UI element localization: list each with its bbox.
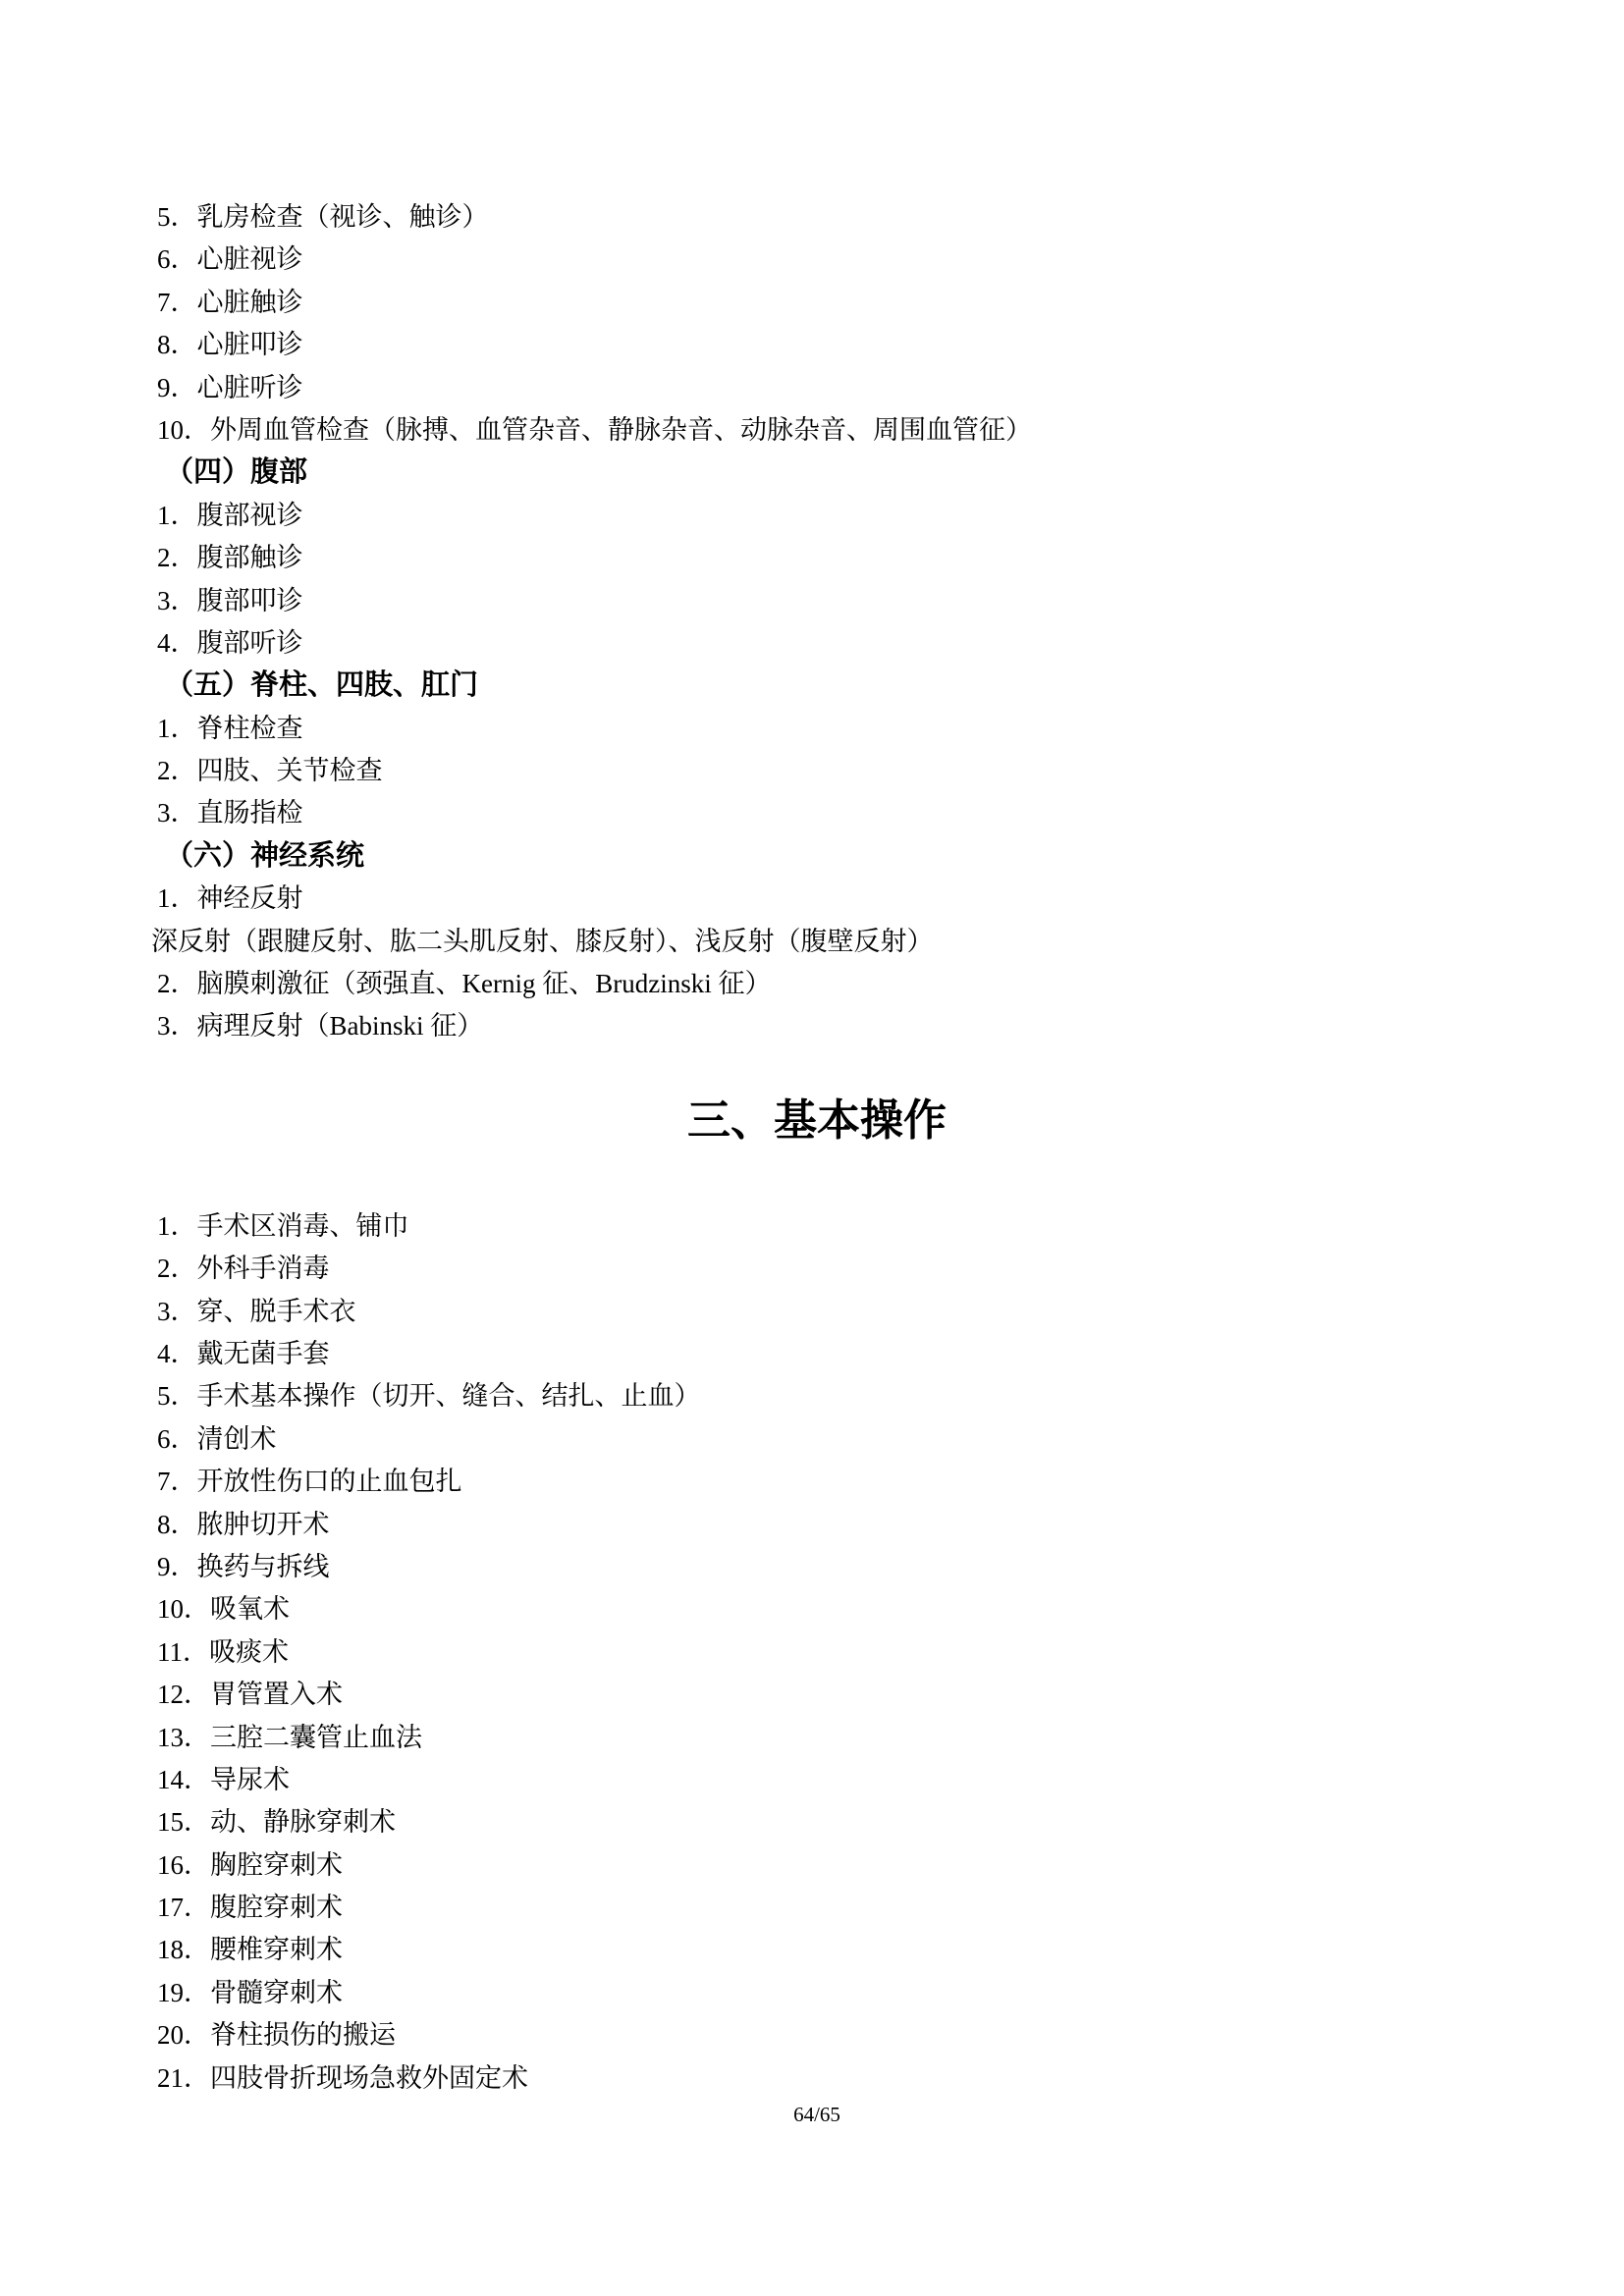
document-page: 5．乳房检查（视诊、触诊） 6．心脏视诊 7．心脏触诊 8．心脏叩诊 9．心脏听… bbox=[0, 0, 1624, 2296]
list-item: 5．乳房检查（视诊、触诊） bbox=[157, 196, 1477, 239]
list-item: 11．吸痰术 bbox=[157, 1631, 1477, 1674]
list-item: 2．脑膜刺激征（颈强直、Kernig 征、Brudzinski 征） bbox=[157, 963, 1477, 1005]
list-item: 4．戴无菌手套 bbox=[157, 1333, 1477, 1375]
section-title: 三、基本操作 bbox=[157, 1090, 1477, 1152]
list-item: 3．穿、脱手术衣 bbox=[157, 1291, 1477, 1333]
list-item: 18．腰椎穿刺术 bbox=[157, 1929, 1477, 1971]
list-item: 6．心脏视诊 bbox=[157, 239, 1477, 281]
list-item: 14．导尿术 bbox=[157, 1759, 1477, 1801]
list-item: 10．外周血管检查（脉搏、血管杂音、静脉杂音、动脉杂音、周围血管征） bbox=[157, 409, 1477, 452]
subsection-heading-spine: （五）脊柱、四肢、肛门 bbox=[157, 665, 1477, 707]
list-item: 8．心脏叩诊 bbox=[157, 324, 1477, 366]
list-item: 2．四肢、关节检查 bbox=[157, 750, 1477, 792]
list-item: 12．胃管置入术 bbox=[157, 1674, 1477, 1716]
list-item: 5．手术基本操作（切开、缝合、结扎、止血） bbox=[157, 1375, 1477, 1417]
list-item: 3．直肠指检 bbox=[157, 792, 1477, 834]
list-item: 20．脊柱损伤的搬运 bbox=[157, 2014, 1477, 2056]
list-item: 3．病理反射（Babinski 征） bbox=[157, 1005, 1477, 1047]
list-item: 16．胸腔穿刺术 bbox=[157, 1844, 1477, 1887]
list-item: 1．手术区消毒、铺巾 bbox=[157, 1205, 1477, 1248]
list-item: 17．腹腔穿刺术 bbox=[157, 1887, 1477, 1929]
list-item: 1．腹部视诊 bbox=[157, 495, 1477, 537]
list-item: 6．清创术 bbox=[157, 1418, 1477, 1461]
list-item: 2．腹部触诊 bbox=[157, 537, 1477, 579]
list-item: 9．换药与拆线 bbox=[157, 1546, 1477, 1588]
list-item: 15．动、静脉穿刺术 bbox=[157, 1801, 1477, 1843]
list-item: 4．腹部听诊 bbox=[157, 622, 1477, 665]
subsection-heading-abdomen: （四）腹部 bbox=[157, 452, 1477, 494]
list-item: 13．三腔二囊管止血法 bbox=[157, 1717, 1477, 1759]
list-item: 10．吸氧术 bbox=[157, 1588, 1477, 1630]
list-item: 8．脓肿切开术 bbox=[157, 1504, 1477, 1546]
list-item: 7．开放性伤口的止血包扎 bbox=[157, 1461, 1477, 1503]
list-item: 9．心脏听诊 bbox=[157, 367, 1477, 409]
list-item: 21．四肢骨折现场急救外固定术 bbox=[157, 2057, 1477, 2100]
list-item-note: 深反射（跟腱反射、肱二头肌反射、膝反射）、浅反射（腹壁反射） bbox=[151, 921, 1477, 963]
page-number: 64/65 bbox=[157, 2100, 1477, 2129]
list-item: 1．神经反射 bbox=[157, 878, 1477, 920]
list-item: 3．腹部叩诊 bbox=[157, 580, 1477, 622]
list-item: 2．外科手消毒 bbox=[157, 1248, 1477, 1290]
list-item: 19．骨髓穿刺术 bbox=[157, 1972, 1477, 2014]
subsection-heading-nervous: （六）神经系统 bbox=[157, 835, 1477, 878]
list-item: 1．脊柱检查 bbox=[157, 708, 1477, 750]
list-item: 7．心脏触诊 bbox=[157, 282, 1477, 324]
